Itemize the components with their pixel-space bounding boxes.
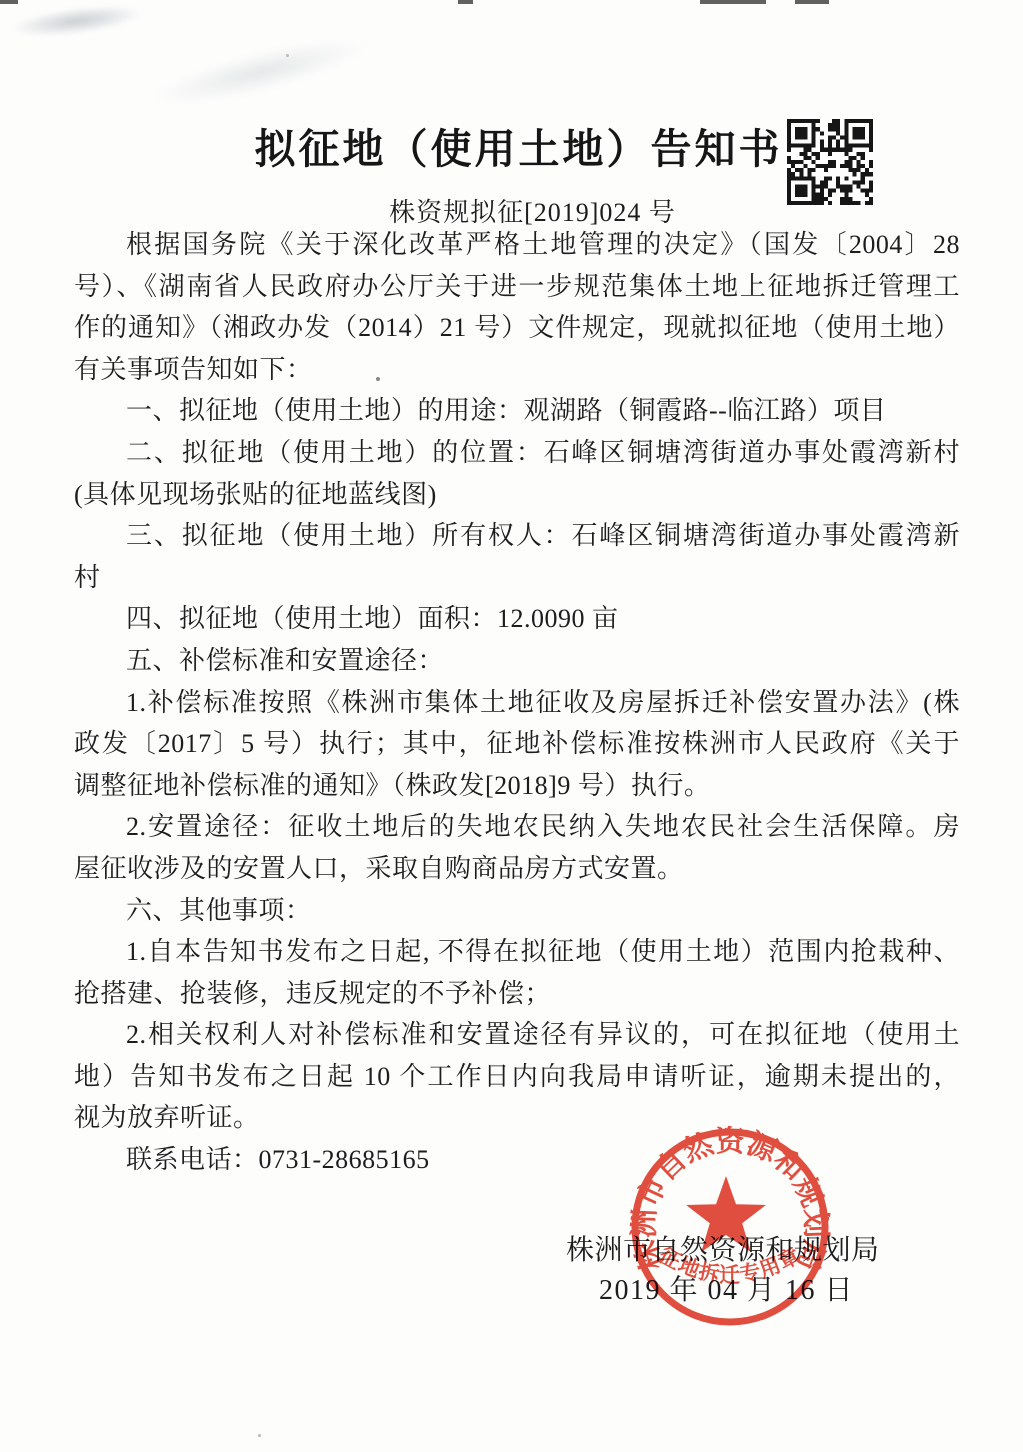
body-line: 抢搭建、抢装修，违反规定的不予补偿； — [74, 973, 960, 1015]
official-seal: 株洲市自然资源和规划局 征地拆迁专用章 — [627, 1123, 833, 1331]
body-line: 地）告知书发布之日起 10 个工作日内向我局申请听证，逾期未提出的， — [74, 1056, 960, 1098]
scan-edge-mark — [458, 0, 473, 4]
body-line: 2.安置途径：征收土地后的失地农民纳入失地农民社会生活保障。房 — [74, 806, 960, 848]
document-page: 拟征地（使用土地）告知书 株资规拟征[2019]024 号 根据国务院《关于深化… — [0, 0, 1023, 1452]
body-line: 调整征地补偿标准的通知》（株政发[2018]9 号）执行。 — [74, 765, 960, 807]
scan-smudge — [11, 0, 143, 42]
body-line: 六、其他事项： — [74, 890, 960, 932]
scan-speck — [258, 1434, 261, 1437]
body-line: 根据国务院《关于深化改革严格土地管理的决定》（国发〔2004〕28 — [74, 224, 960, 266]
body-line: 作的通知》（湘政办发（2014）21 号）文件规定，现就拟征地（使用土地） — [74, 307, 960, 349]
body-line: 有关事项告知如下： — [74, 349, 960, 391]
svg-text:征地拆迁专用章: 征地拆迁专用章 — [655, 1243, 805, 1287]
body-line: 二、拟征地（使用土地）的位置：石峰区铜塘湾街道办事处霞湾新村 — [74, 432, 960, 474]
star-icon — [686, 1176, 766, 1252]
body-line: 1.补偿标准按照《株洲市集体土地征收及房屋拆迁补偿安置办法》(株 — [74, 682, 960, 724]
body-line: 2.相关权利人对补偿标准和安置途径有异议的，可在拟征地（使用土 — [74, 1014, 960, 1056]
scan-edge-mark — [0, 0, 18, 4]
body-line: 村 — [74, 557, 960, 599]
body-line: 四、拟征地（使用土地）面积：12.0090 亩 — [74, 598, 960, 640]
body-line: 政发〔2017〕5 号）执行；其中，征地补偿标准按株洲市人民政府《关于 — [74, 723, 960, 765]
body-line: 号）、《湖南省人民政府办公厅关于进一步规范集体土地上征地拆迁管理工 — [74, 266, 960, 308]
body-line: 屋征收涉及的安置人口，采取自购商品房方式安置。 — [74, 848, 960, 890]
scan-smudge — [148, 26, 371, 118]
body-line: 1.自本告知书发布之日起, 不得在拟征地（使用土地）范围内抢栽种、 — [74, 931, 960, 973]
body-line: 一、拟征地（使用土地）的用途：观湖路（铜霞路--临江路）项目 — [74, 390, 960, 432]
seal-bottom-text: 征地拆迁专用章 — [655, 1243, 805, 1287]
body-line: 五、补偿标准和安置途径： — [74, 640, 960, 682]
document-title: 拟征地（使用土地）告知书 — [0, 116, 1023, 175]
body-line: 三、拟征地（使用土地）所有权人：石峰区铜塘湾街道办事处霞湾新 — [74, 515, 960, 557]
document-body: 根据国务院《关于深化改革严格土地管理的决定》（国发〔2004〕28号）、《湖南省… — [74, 224, 960, 1181]
scan-speck — [286, 54, 289, 57]
body-line: (具体见现场张贴的征地蓝线图) — [74, 474, 960, 516]
scan-edge-mark — [700, 0, 766, 4]
scan-edge-mark — [795, 0, 829, 4]
